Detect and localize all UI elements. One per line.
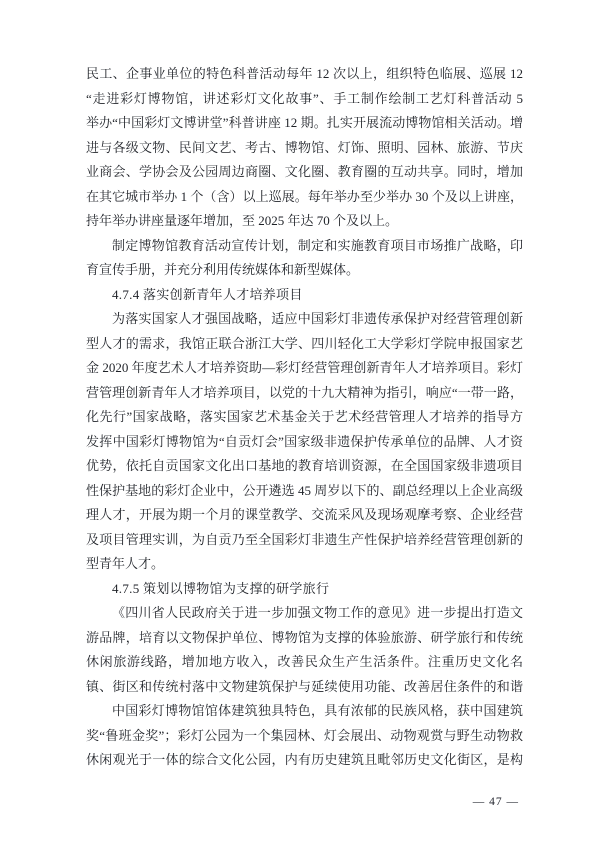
text-line: 育宣传手册，并充分利用传统媒体和新型媒体。 xyxy=(86,258,523,283)
section-heading-4-7-5: 4.7.5 策划以博物馆为支撑的研学旅行 xyxy=(86,577,523,602)
text-line: 休闲观光于一体的综合文化公园，内有历史建筑且毗邻历史文化街区，是构建博 xyxy=(86,748,523,773)
text-line: 化先行”国家战略，落实国家艺术基金关于艺术经营管理人才培养的指导方针， xyxy=(86,405,523,430)
page-number: — 47 — xyxy=(473,796,519,808)
text-line: 民工、企事业单位的特色科普活动每年 12 次以上，组织特色临展、巡展 12 场， xyxy=(86,62,523,87)
document-page: 民工、企事业单位的特色科普活动每年 12 次以上，组织特色临展、巡展 12 场，… xyxy=(0,0,609,861)
text-line: 业商会、学协会及公园周边商圈、文化圈、教育圈的互动共享。同时，增加每年 xyxy=(86,160,523,185)
text-line: 制定博物馆教育活动宣传计划，制定和实施教育项目市场推广战略，印制教 xyxy=(86,234,523,259)
text-line: 举办“中国彩灯文博讲堂”科普讲座 12 期。扎实开展流动博物馆相关活动。增 xyxy=(86,111,523,136)
text-line: 为落实国家人才强国战略，适应中国彩灯非遗传承保护对经营管理创新复合 xyxy=(86,307,523,332)
text-line: 镇、街区和传统村落中文物建筑保护与延续使用功能、改善居住条件的和谐统一。 xyxy=(86,675,523,700)
text-line: 《四川省人民政府关于进一步加强文物工作的意见》进一步提出打造文物旅 xyxy=(86,601,523,626)
text-line: 营管理创新青年人才培养项目，以党的十九大精神为指引，响应“一带一路，文 xyxy=(86,381,523,406)
text-line: 发挥中国彩灯博物馆为“自贡灯会”国家级非遗保护传承单位的品牌、人才资源 xyxy=(86,430,523,455)
text-line: 在其它城市举办 1 个（含）以上巡展。每年举办至少举办 30 个及以上讲座，维 xyxy=(86,185,523,210)
text-line: 休闲旅游线路，增加地方收入，改善民众生产生活条件。注重历史文化名城、村 xyxy=(86,650,523,675)
text-line: 金 2020 年度艺术人才培养资助—彩灯经营管理创新青年人才培养项目。彩灯经 xyxy=(86,356,523,381)
text-line: 及项目管理实训，为自贡乃至全国彩灯非遗生产性保护培养经营管理创新的复合 xyxy=(86,528,523,553)
text-line: 优势，依托自贡国家文化出口基地的教育培训资源，在全国国家级非遗项目生产 xyxy=(86,454,523,479)
text-line: “走进彩灯博物馆，讲述彩灯文化故事”、手工制作绘制工艺灯科普活动 5 次。 xyxy=(86,87,523,112)
text-line: 中国彩灯博物馆馆体建筑独具特色，具有浓郁的民族风格，获中国建筑最高 xyxy=(86,699,523,724)
text-line: 型人才的需求，我馆正联合浙江大学、四川轻化工大学彩灯学院申报国家艺术基 xyxy=(86,332,523,357)
text-line: 进与各级文物、民间文艺、考古、博物馆、灯饰、照明、园林、旅游、节庆等行 xyxy=(86,136,523,161)
page-content: 民工、企事业单位的特色科普活动每年 12 次以上，组织特色临展、巡展 12 场，… xyxy=(86,62,523,773)
text-line: 持年举办讲座量逐年增加，至 2025 年达 70 个及以上。 xyxy=(86,209,523,234)
text-line: 型青年人才。 xyxy=(86,552,523,577)
text-line: 游品牌，培育以文物保护单位、博物馆为支撑的体验旅游、研学旅行和传统村落 xyxy=(86,626,523,651)
section-heading-4-7-4: 4.7.4 落实创新青年人才培养项目 xyxy=(86,283,523,308)
text-line: 性保护基地的彩灯企业中，公开遴选 45 周岁以下的、副总经理以上企业高级管 xyxy=(86,479,523,504)
text-line: 理人才，开展为期一个月的课堂教学、交流采风及现场观摩考察、企业经营管理 xyxy=(86,503,523,528)
text-line: 奖“鲁班金奖”；彩灯公园为一个集园林、灯会展出、动物观赏与野生动物救助、 xyxy=(86,724,523,749)
